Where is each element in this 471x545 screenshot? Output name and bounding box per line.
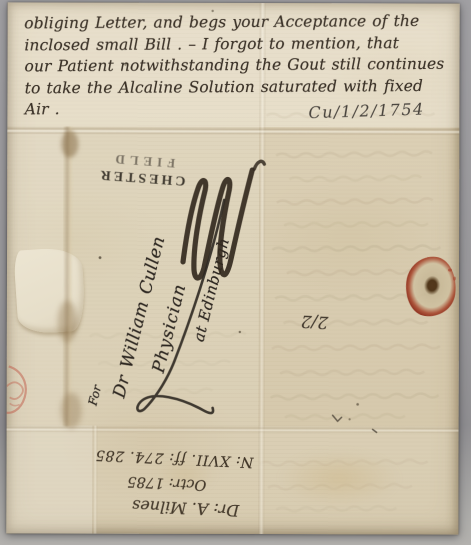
docket-block: Dr: A. Milnes Octr: 1785 N: XVII. ff: 27… [35,439,256,524]
postal-rate-mark: 2/2 [300,310,328,331]
address-block: For Dr William Cullen Physician at Edinb… [86,152,249,429]
top-fold-crease [7,126,459,135]
red-stamp-fragment [6,366,26,412]
letter-line: inclosed small Bill . – I forgot to ment… [24,32,459,56]
letter-sheet: obliging Letter, and begs your Acceptanc… [6,2,459,534]
letter-line: our Patient notwithstanding the Gout sti… [24,54,459,78]
docket-line: Dr: A. Milnes [35,489,240,523]
fold-stain [61,393,82,429]
letter-line: to take the Alcaline Solution saturated … [25,75,460,99]
wax-seal-remnant [402,254,459,320]
bottom-fold-crease [7,425,459,433]
bottom-stain [278,449,400,507]
seal-tear-patch [13,246,86,334]
archival-reference: Cu/1/2/1754 [308,99,425,122]
letter-line: obliging Letter, and begs your Acceptanc… [24,11,459,35]
fold-stain [61,131,78,158]
photo-backdrop: obliging Letter, and begs your Acceptanc… [0,0,471,545]
